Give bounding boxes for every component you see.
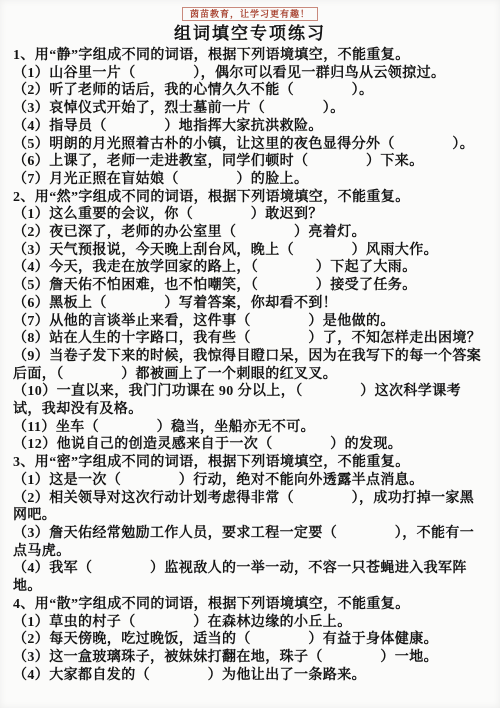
exercise-item: （3）哀悼仪式开始了，烈士墓前一片（ ）。 <box>13 100 488 118</box>
worksheet-page: 茵苗教育，让学习更有趣！ 组词填空专项练习 1、用“静”字组成不同的词语，根据下… <box>0 0 500 708</box>
exercise-item: （9）当卷子发下来的时候，我惊得目瞪口呆，因为在我写下的每一个答案后面，（ ）都… <box>13 348 488 383</box>
exercise-item: （6）黑板上（ ）写着答案，你却看不到！ <box>13 295 488 313</box>
exercise-item: （5）明朗的月光照着古朴的小镇，让这里的夜色显得分外（ ）。 <box>13 136 488 154</box>
exercise-item: （1）这么重要的会议，你（ ）敢迟到？ <box>13 206 488 224</box>
exercise-item: （10）一直以来，我门门功课在 90 分以上，（ ）这次科学课考试，我却没有及格… <box>13 383 488 418</box>
exercise-item: （2）听了老师的话后，我的心情久久不能（ ）。 <box>13 82 488 100</box>
worksheet-body: 1、用“静”字组成不同的词语，根据下列语境填空，不能重复。（1）山谷里一片（ ）… <box>0 47 500 684</box>
exercise-item: （8）站在人生的十字路口，我有些（ ）了，不知怎样走出困境？ <box>13 330 488 348</box>
section-heading: 3、用“密”字组成不同的词语，根据下列语境填空，不能重复。 <box>13 454 488 472</box>
exercise-item: （4）我军（ ）监视敌人的一举一动，不容一只苍蝇进入我军阵地。 <box>13 560 488 595</box>
exercise-item: （1）这是一次（ ）行动，绝对不能向外透露半点消息。 <box>13 472 488 490</box>
exercise-item: （1）山谷里一片（ ），偶尔可以看见一群归鸟从云领掠过。 <box>13 65 488 83</box>
exercise-item: （3）这一盒玻璃珠子，被妹妹打翻在地，珠子（ ）一地。 <box>13 649 488 667</box>
exercise-item: （4）今天，我走在放学回家的路上，（ ）下起了大雨。 <box>13 259 488 277</box>
exercise-item: （5）詹天佑不怕困难，也不怕嘲笑，（ ）接受了任务。 <box>13 277 488 295</box>
exercise-item: （4）大家都自发的（ ）为他让出了一条路来。 <box>13 667 488 685</box>
watermark: 茵苗教育，让学习更有趣！ <box>0 0 500 21</box>
exercise-item: （11）坐车（ ）稳当，坐船亦无不可。 <box>13 419 488 437</box>
section-heading: 1、用“静”字组成不同的词语，根据下列语境填空，不能重复。 <box>13 47 488 65</box>
page-title: 组词填空专项练习 <box>0 24 500 44</box>
section-heading: 2、用“然”字组成不同的词语，根据下列语境填空，不能重复。 <box>13 189 488 207</box>
exercise-item: （2）相关领导对这次行动计划考虑得非常（ ），成功打掉一家黑网吧。 <box>13 490 488 525</box>
exercise-item: （7）月光正照在盲姑娘（ ）的脸上。 <box>13 171 488 189</box>
exercise-item: （2）夜已深了，老师的办公室里（ ）亮着灯。 <box>13 224 488 242</box>
section-heading: 4、用“散”字组成不同的词语，根据下列语境填空，不能重复。 <box>13 596 488 614</box>
exercise-item: （3）天气预报说，今天晚上刮台风，晚上（ ）风雨大作。 <box>13 242 488 260</box>
exercise-item: （12）他说自己的创造灵感来自于一次（ ）的发现。 <box>13 436 488 454</box>
exercise-item: （1）草虫的村子（ ）在森林边缘的小丘上。 <box>13 614 488 632</box>
watermark-text: 茵苗教育，让学习更有趣！ <box>182 7 318 21</box>
exercise-item: （2）每天傍晚，吃过晚饭，适当的（ ）有益于身体健康。 <box>13 631 488 649</box>
exercise-item: （3）詹天佑经常勉励工作人员，要求工程一定要（ ），不能有一点马虎。 <box>13 525 488 560</box>
exercise-item: （4）指导员（ ）地指挥大家抗洪救险。 <box>13 118 488 136</box>
exercise-item: （7）从他的言谈举止来看，这件事（ ）是他做的。 <box>13 313 488 331</box>
exercise-item: （6）上课了，老师一走进教室，同学们顿时（ ）下来。 <box>13 153 488 171</box>
